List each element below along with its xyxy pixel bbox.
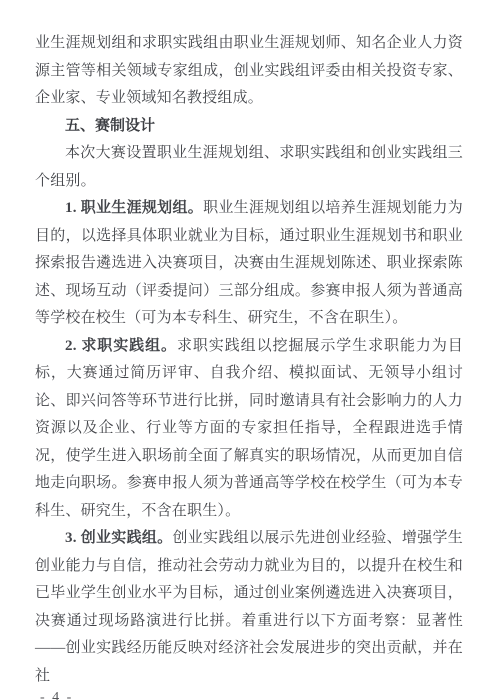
group-2-title: 2. 求职实践组。 bbox=[65, 338, 177, 354]
group-3-body: 创业实践组以展示先进创业经验、增强学生创业能力与自信，推动社会劳动力就业为目的，… bbox=[35, 530, 463, 684]
paragraph-group-career-planning: 1. 职业生涯规划组。职业生涯规划组以培养生涯规划能力为目的，以选择具体职业就业… bbox=[35, 195, 463, 333]
group-1-title: 1. 职业生涯规划组。 bbox=[65, 200, 203, 216]
document-body: 业生涯规划组和求职实践组由职业生涯规划师、知名企业人力资源主管等相关领域专家组成… bbox=[35, 30, 463, 690]
page-number: - 4 - bbox=[40, 689, 73, 700]
group-2-body: 求职实践组以挖掘展示学生求职能力为目标，大赛通过简历评审、自我介绍、模拟面试、无… bbox=[35, 338, 463, 519]
group-1-body: 职业生涯规划组以培养生涯规划能力为目的，以选择具体职业就业为目标，通过职业生涯规… bbox=[35, 200, 463, 326]
paragraph-group-entrepreneurship: 3. 创业实践组。创业实践组以展示先进创业经验、增强学生创业能力与自信，推动社会… bbox=[35, 525, 463, 690]
paragraph-continuation: 业生涯规划组和求职实践组由职业生涯规划师、知名企业人力资源主管等相关领域专家组成… bbox=[35, 30, 463, 113]
paragraph-intro: 本次大赛设置职业生涯规划组、求职实践组和创业实践组三个组别。 bbox=[35, 140, 463, 195]
paragraph-group-job-practice: 2. 求职实践组。求职实践组以挖掘展示学生求职能力为目标，大赛通过简历评审、自我… bbox=[35, 333, 463, 526]
group-3-title: 3. 创业实践组。 bbox=[65, 530, 172, 546]
document-page: 业生涯规划组和求职实践组由职业生涯规划师、知名企业人力资源主管等相关领域专家组成… bbox=[0, 0, 493, 700]
section-heading: 五、赛制设计 bbox=[35, 113, 463, 141]
